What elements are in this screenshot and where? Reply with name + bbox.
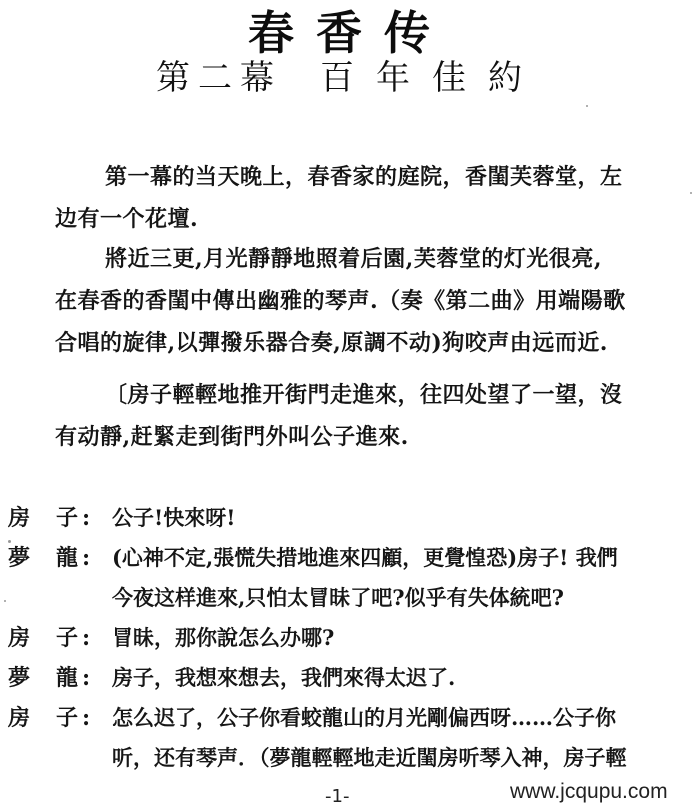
dialogue-block: 房子: 公子!快來呀! 夢龍: (心神不定,張慌失措地進來四顧，更覺惶恐)房子!…: [6, 498, 696, 778]
scan-speck: [8, 540, 11, 543]
play-title: 春香传: [0, 6, 700, 60]
text-line: 有动靜,赶緊走到街門外叫公子進來.: [55, 416, 655, 458]
speech-text: 听，还有琴声．（夢龍輕輕地走近閨房听琴入神，房子輕: [112, 738, 627, 778]
stage-direction: 將近三更,月光靜靜地照着后園,芙蓉堂的灯光很亮, 在春香的香閨中傳出幽雅的琴声.…: [55, 238, 655, 364]
watermark: www.jcqupu.com: [510, 780, 668, 804]
page-number: -1-: [325, 786, 349, 807]
speech-text: 公子!快來呀!: [112, 498, 235, 538]
stage-direction: 〔房子輕輕地推开街門走進來，往四处望了一望，沒 有动靜,赶緊走到街門外叫公子進來…: [55, 374, 655, 458]
act-name: 百年佳約: [320, 58, 544, 98]
speech-text: 房子，我想來想去，我們來得太迟了.: [112, 658, 455, 698]
speech-text: 今夜这样進來,只怕太冒昧了吧?似乎有失体統吧?: [112, 578, 564, 618]
dialogue-line: 房子: 怎么迟了，公子你看蛟龍山的月光剛偏西呀……公子你: [6, 698, 696, 738]
dialogue-continuation: 今夜这样進來,只怕太冒昧了吧?似乎有失体統吧?: [6, 578, 696, 618]
text-line: 合唱的旋律,以彈撥乐器合奏,原調不动)狗咬声由远而近.: [55, 322, 655, 364]
speech-text: 冒昧，那你說怎么办哪?: [112, 618, 334, 658]
speech-text: 怎么迟了，公子你看蛟龍山的月光剛偏西呀……公子你: [112, 698, 616, 738]
dialogue-line: 房子: 冒昧，那你說怎么办哪?: [6, 618, 696, 658]
act-number: 第二幕: [156, 58, 282, 98]
text-line: 將近三更,月光靜靜地照着后園,芙蓉堂的灯光很亮,: [55, 238, 655, 280]
stage-direction: 第一幕的当天晚上，春香家的庭院，香閨芙蓉堂，左 边有一个花壇.: [55, 156, 655, 240]
scan-speck: [586, 105, 588, 107]
speech-text: (心神不定,張慌失措地進來四顧，更覺惶恐)房子! 我們: [112, 538, 618, 578]
dialogue-continuation: 听，还有琴声．（夢龍輕輕地走近閨房听琴入神，房子輕: [6, 738, 696, 778]
dialogue-line: 夢龍: 房子，我想來想去，我們來得太迟了.: [6, 658, 696, 698]
text-line: 第一幕的当天晚上，春香家的庭院，香閨芙蓉堂，左: [55, 156, 655, 198]
text-line: 边有一个花壇.: [55, 198, 655, 240]
text-line: 在春香的香閨中傳出幽雅的琴声.（奏《第二曲》用端陽歌: [55, 280, 655, 322]
scan-speck: [690, 192, 692, 194]
text-line: 〔房子輕輕地推开街門走進來，往四处望了一望，沒: [55, 374, 655, 416]
document-page: 春香传 第二幕百年佳約 第一幕的当天晚上，春香家的庭院，香閨芙蓉堂，左 边有一个…: [0, 0, 700, 811]
dialogue-line: 房子: 公子!快來呀!: [6, 498, 696, 538]
act-heading: 第二幕百年佳約: [0, 56, 700, 100]
dialogue-line: 夢龍: (心神不定,張慌失措地進來四顧，更覺惶恐)房子! 我們: [6, 538, 696, 578]
scan-speck: [4, 600, 6, 602]
